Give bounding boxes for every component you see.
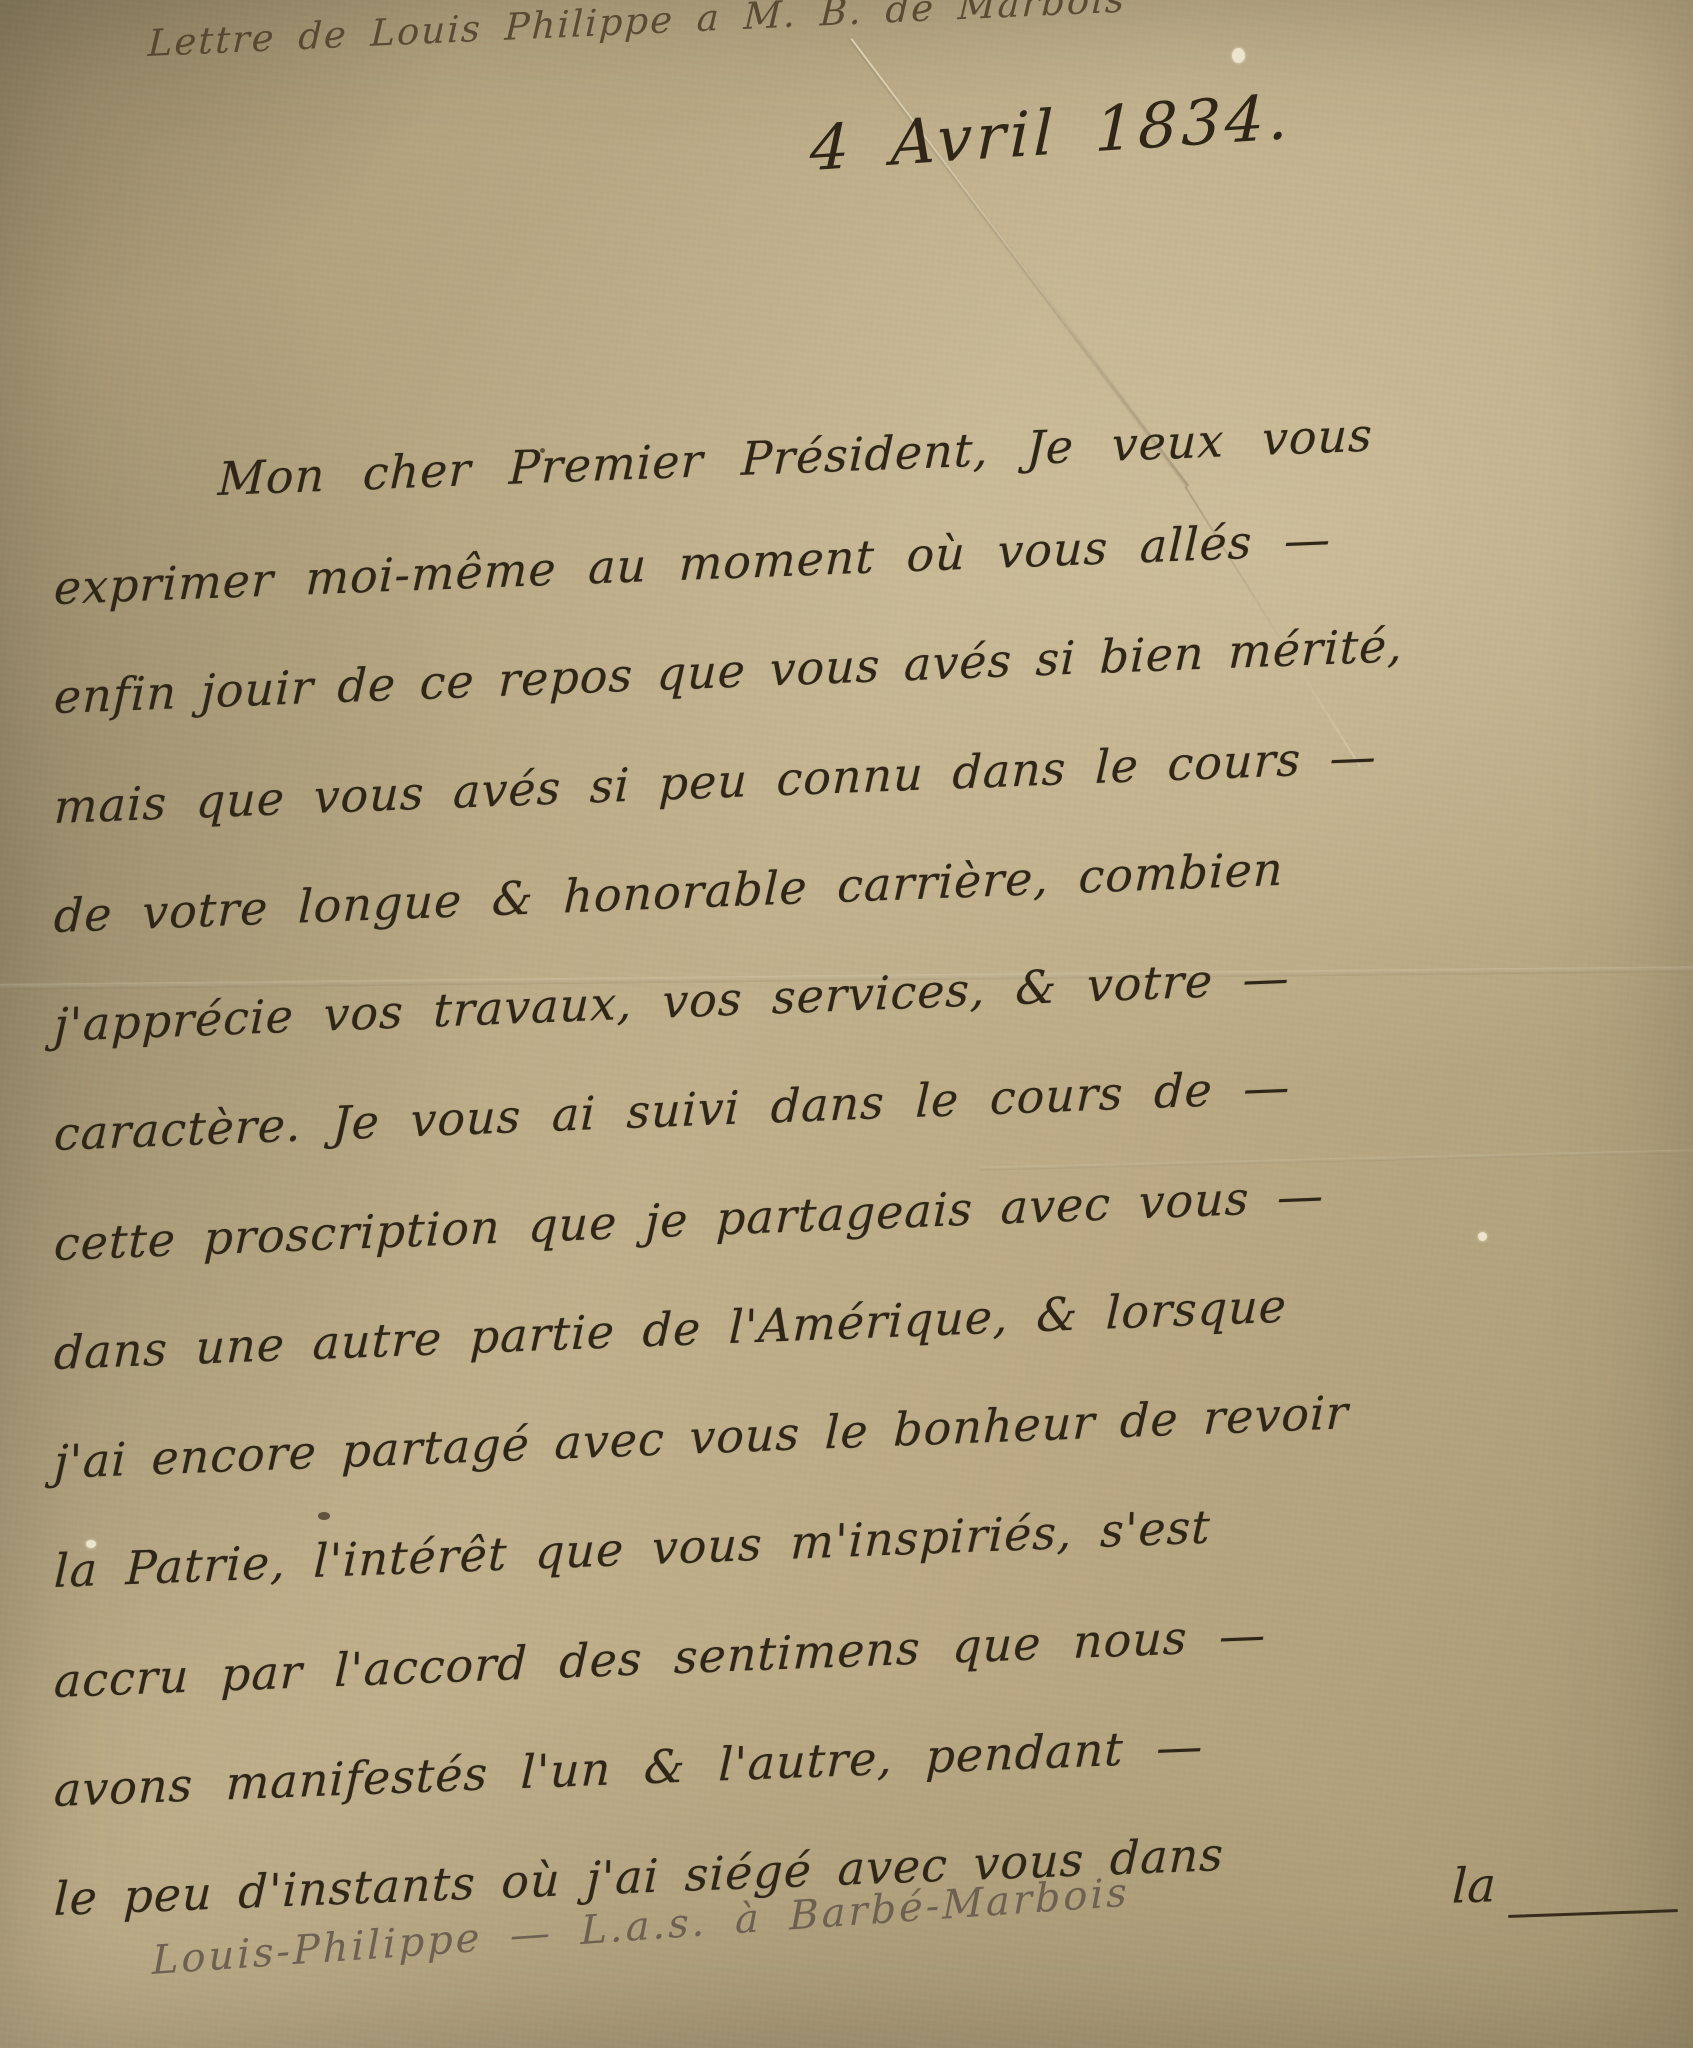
letter-line: cette proscription que je partageais ave… [53, 1168, 1325, 1271]
letter-line: j'apprécie vos travaux, vos services, & … [53, 950, 1290, 1052]
letter-line: la Patrie, l'intérêt que vous m'inspirié… [53, 1500, 1211, 1599]
paper-dark-speck [318, 1512, 330, 1520]
letter-line: enfin jouir de ce repos que vous avés si… [53, 618, 1404, 724]
letter-sheet: Lettre de Louis Philippe a M. B. de Marb… [0, 0, 1693, 2048]
catchword-dash [1508, 1909, 1678, 1918]
letter-line: de votre longue & honorable carrière, co… [53, 842, 1284, 943]
letter-line: caractère. Je vous ai suivi dans le cour… [53, 1059, 1291, 1161]
letter-line: avons manifestés l'un & l'autre, pendant… [53, 1719, 1204, 1817]
paper-white-speck [1478, 1232, 1487, 1241]
top-annotation: Lettre de Louis Philippe a M. B. de Marb… [147, 0, 1127, 65]
catchword: la [1451, 1857, 1497, 1915]
letter-line: j'ai encore partagé avec vous le bonheur… [53, 1385, 1349, 1489]
date-line: 4 Avril 1834. [809, 80, 1292, 185]
letter-line: exprimer moi-même au moment où vous allé… [53, 512, 1332, 615]
letter-line: dans une autre partie de l'Amérique, & l… [53, 1279, 1288, 1380]
paper-crease-horizontal-right [980, 1149, 1693, 1170]
letter-line: accru par l'accord des sentimens que nou… [53, 1607, 1267, 1708]
paper-white-speck [1232, 48, 1245, 63]
letter-line: Mon cher Premier Président, Je veux vous [217, 408, 1374, 506]
letter-line: mais que vous avés si peu connu dans le … [53, 729, 1377, 834]
